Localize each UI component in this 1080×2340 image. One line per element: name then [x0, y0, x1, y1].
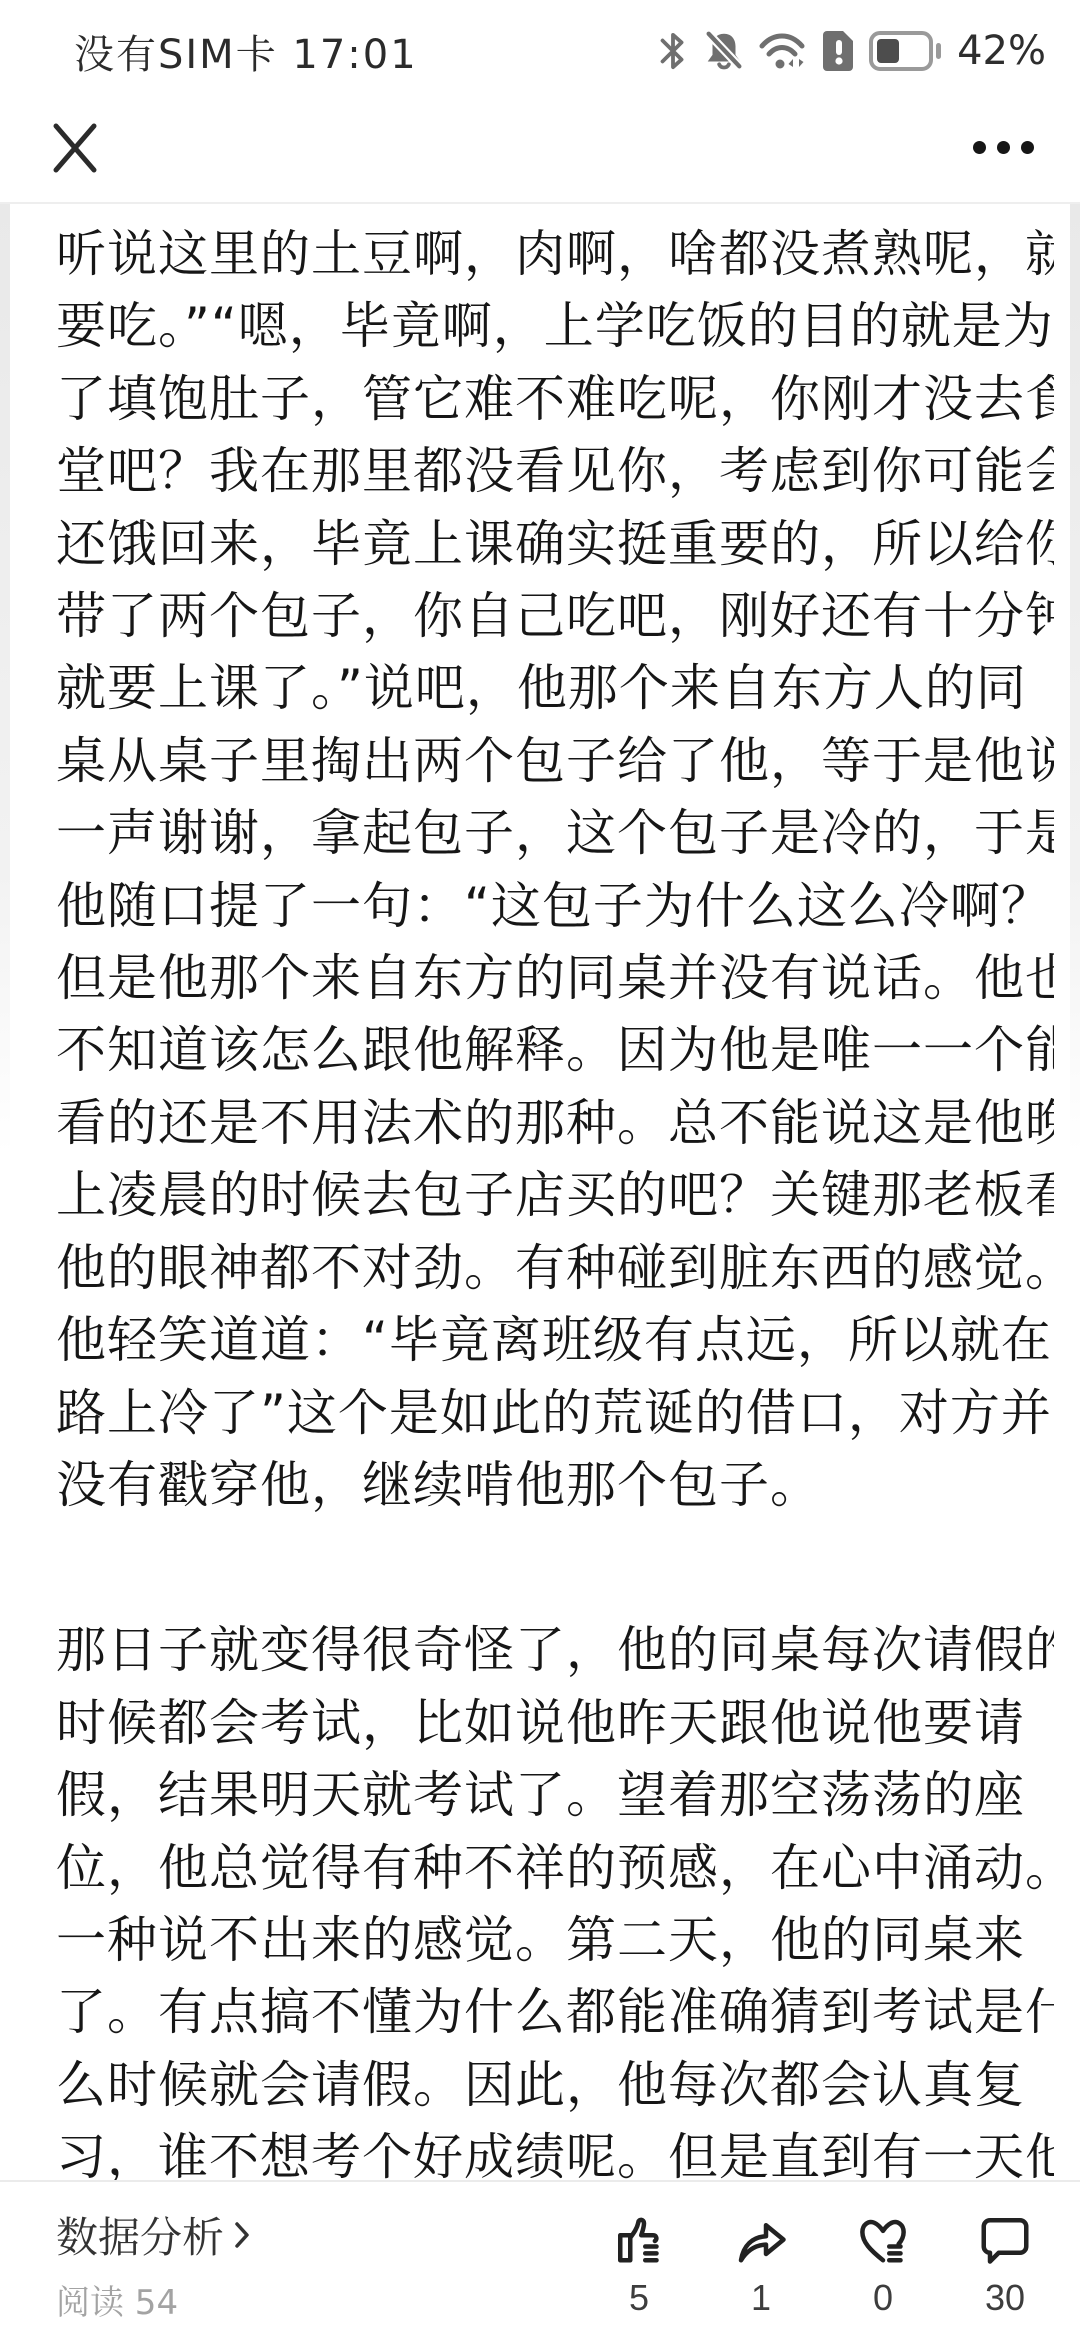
text-line: 路上冷了”这个是如此的荒诞的借口，对方并	[56, 1377, 1054, 1449]
favorite-button[interactable]: 0	[848, 2209, 918, 2319]
share-button[interactable]: 1	[726, 2209, 796, 2319]
text-line: 他随口提了一句：“这包子为什么这么冷啊？”	[56, 870, 1054, 942]
like-button[interactable]: 5	[604, 2209, 674, 2319]
article-scroll-area[interactable]: 听说这里的土豆啊，肉啊，啥都没煮熟呢，就要吃。”“嗯，毕竟啊，上学吃饭的目的就是…	[0, 204, 1080, 2180]
battery-percent-text: 42%	[957, 28, 1046, 74]
footer-bar: 数据分析 阅读 54 5 1	[0, 2180, 1080, 2340]
comment-button[interactable]: 30	[970, 2209, 1040, 2319]
read-count-text: 阅读 54	[56, 2275, 250, 2324]
text-line: 了填饱肚子，管它难不难吃呢，你刚才没去食	[56, 363, 1054, 435]
page-edge-left	[0, 204, 10, 1154]
text-line: 就要上课了。”说吧，他那个来自东方人的同	[56, 652, 1054, 724]
text-line: 假，结果明天就考试了。望着那空荡荡的座	[56, 1759, 1054, 1831]
favorite-count: 0	[873, 2277, 893, 2319]
text-line: 一种说不出来的感觉。第二天，他的同桌来	[56, 1904, 1054, 1976]
share-count: 1	[751, 2277, 771, 2319]
data-analytics-link[interactable]: 数据分析	[56, 2205, 250, 2265]
more-options-button[interactable]	[973, 141, 1034, 154]
sim-alert-icon	[819, 27, 859, 75]
text-line: 他的眼神都不对劲。有种碰到脏东西的感觉。	[56, 1232, 1054, 1304]
thumbs-up-icon	[609, 2209, 669, 2269]
app-header	[0, 92, 1080, 204]
carrier-time-text: 没有SIM卡 17:01	[74, 23, 418, 80]
status-bar: 没有SIM卡 17:01	[0, 0, 1080, 92]
text-line: 他轻笑道道：“毕竟离班级有点远，所以就在	[56, 1304, 1054, 1376]
text-line: 不知道该怎么跟他解释。因为他是唯一一个能	[56, 1014, 1054, 1086]
text-line: 上凌晨的时候去包子店买的吧？关键那老板看	[56, 1159, 1054, 1231]
more-options-icon	[997, 141, 1010, 154]
text-line: 桌从桌子里掏出两个包子给了他，等于是他说	[56, 725, 1054, 797]
wifi-icon	[756, 27, 810, 75]
text-line: 位，他总觉得有种不祥的预感，在心中涌动。	[56, 1832, 1054, 1904]
text-line: 么时候就会请假。因此，他每次都会认真复	[56, 2049, 1054, 2121]
text-line: 那日子就变得很奇怪了，他的同桌每次请假的	[56, 1614, 1054, 1686]
text-line: 时候都会考试，比如说他昨天跟他说他要请	[56, 1687, 1054, 1759]
article-paragraph: 那日子就变得很奇怪了，他的同桌每次请假的时候都会考试，比如说他昨天跟他说他要请假…	[56, 1614, 1054, 2193]
text-line: 一声谢谢，拿起包子，这个包子是冷的，于是	[56, 797, 1054, 869]
footer-left: 数据分析 阅读 54	[56, 2205, 250, 2324]
data-analytics-label: 数据分析	[56, 2205, 224, 2265]
article-paragraph: 听说这里的土豆啊，肉啊，啥都没煮熟呢，就要吃。”“嗯，毕竟啊，上学吃饭的目的就是…	[56, 218, 1054, 1521]
more-options-icon	[973, 141, 986, 154]
text-line: 但是他那个来自东方的同桌并没有说话。他也	[56, 942, 1054, 1014]
notifications-muted-icon	[701, 27, 747, 75]
status-icons: 42%	[654, 27, 1046, 75]
footer-actions: 5 1 0 30	[604, 2209, 1040, 2319]
page-edge-right	[1070, 204, 1080, 1154]
battery-icon	[868, 29, 944, 73]
comment-icon	[975, 2209, 1035, 2269]
text-line: 了。有点搞不懂为什么都能准确猜到考试是什	[56, 1976, 1054, 2048]
comment-count: 30	[985, 2277, 1025, 2319]
text-line: 听说这里的土豆啊，肉啊，啥都没煮熟呢，就	[56, 218, 1054, 290]
share-icon	[731, 2209, 791, 2269]
more-options-icon	[1021, 141, 1034, 154]
text-line: 要吃。”“嗯，毕竟啊，上学吃饭的目的就是为	[56, 290, 1054, 362]
like-count: 5	[629, 2277, 649, 2319]
text-line: 还饿回来，毕竟上课确实挺重要的，所以给你	[56, 508, 1054, 580]
chevron-right-icon	[234, 2222, 250, 2248]
close-button[interactable]	[46, 118, 104, 176]
bluetooth-icon	[654, 27, 692, 75]
text-line: 没有戳穿他，继续啃他那个包子。	[56, 1449, 1054, 1521]
heart-icon	[853, 2209, 913, 2269]
text-line: 带了两个包子，你自己吃吧，刚好还有十分钟	[56, 580, 1054, 652]
text-line: 堂吧？我在那里都没看见你，考虑到你可能会	[56, 435, 1054, 507]
text-line: 看的还是不用法术的那种。总不能说这是他晚	[56, 1087, 1054, 1159]
close-icon	[46, 118, 104, 176]
